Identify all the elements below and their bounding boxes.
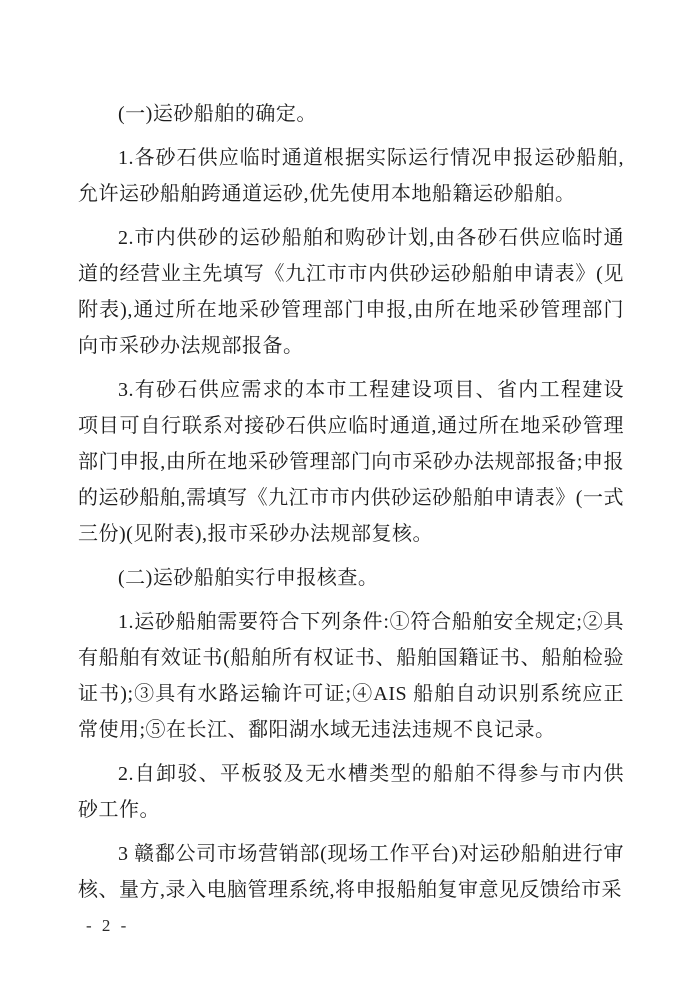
paragraph-1-1: 1.各砂石供应临时通道根据实际运行情况申报运砂船舶,允许运砂船舶跨通道运砂,优先… xyxy=(78,140,624,212)
paragraph-2-1: 1.运砂船舶需要符合下列条件:①符合船舶安全规定;②具有船舶有效证书(船舶所有权… xyxy=(78,604,624,748)
section-heading-1: (一)运砂船舶的确定。 xyxy=(78,96,624,132)
section-heading-2: (二)运砂船舶实行申报核查。 xyxy=(78,560,624,596)
paragraph-2-3: 3 赣鄱公司市场营销部(现场工作平台)对运砂船舶进行审核、量方,录入电脑管理系统… xyxy=(78,836,624,908)
paragraph-1-3: 3.有砂石供应需求的本市工程建设项目、省内工程建设项目可自行联系对接砂石供应临时… xyxy=(78,372,624,552)
document-body: (一)运砂船舶的确定。 1.各砂石供应临时通道根据实际运行情况申报运砂船舶,允许… xyxy=(78,96,624,916)
paragraph-1-2: 2.市内供砂的运砂船舶和购砂计划,由各砂石供应临时通道的经营业主先填写《九江市市… xyxy=(78,220,624,364)
document-page: (一)运砂船舶的确定。 1.各砂石供应临时通道根据实际运行情况申报运砂船舶,允许… xyxy=(0,0,700,990)
paragraph-2-2: 2.自卸驳、平板驳及无水槽类型的船舶不得参与市内供砂工作。 xyxy=(78,756,624,828)
page-number: - 2 - xyxy=(86,916,129,936)
